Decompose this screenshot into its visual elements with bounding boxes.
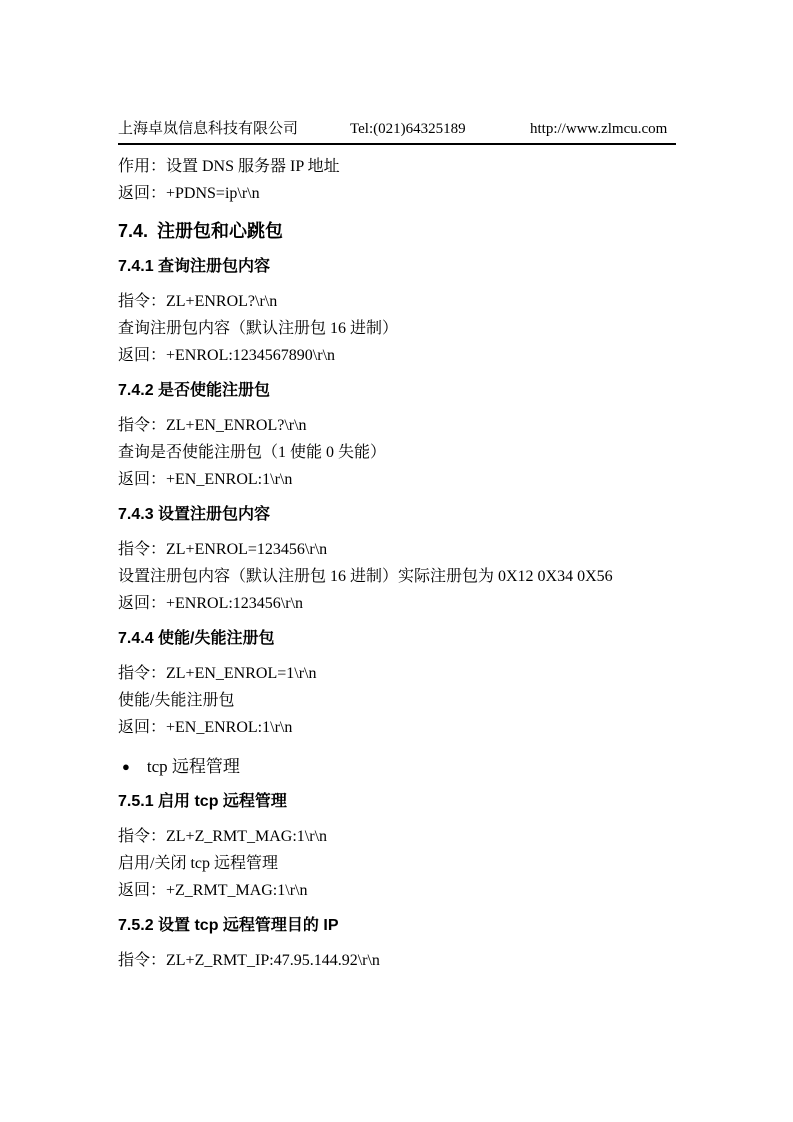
subsection-heading: 7.5.1 启用 tcp 远程管理	[118, 788, 676, 815]
return-line: 返回：+ENROL:1234567890\r\n	[118, 342, 676, 369]
description-line: 启用/关闭 tcp 远程管理	[118, 850, 676, 877]
command-block: 指令：ZL+Z_RMT_MAG:1\r\n 启用/关闭 tcp 远程管理 返回：…	[118, 823, 676, 904]
page-header: 上海卓岚信息科技有限公司 Tel:(021)64325189 http://ww…	[118, 119, 676, 145]
bullet-label: tcp 远程管理	[147, 757, 240, 776]
return-line: 返回：+ENROL:123456\r\n	[118, 590, 676, 617]
section-heading: 7.4.注册包和心跳包	[118, 217, 676, 245]
return-line: 返回：+Z_RMT_MAG:1\r\n	[118, 877, 676, 904]
subsection-heading: 7.5.2 设置 tcp 远程管理目的 IP	[118, 912, 676, 939]
description-line: 查询是否使能注册包（1 使能 0 失能）	[118, 439, 676, 466]
command-block: 指令：ZL+ENROL?\r\n 查询注册包内容（默认注册包 16 进制） 返回…	[118, 288, 676, 369]
command-block: 指令：ZL+Z_RMT_IP:47.95.144.92\r\n	[118, 947, 676, 974]
subsection-heading: 7.4.4 使能/失能注册包	[118, 625, 676, 652]
command-line: 指令：ZL+ENROL=123456\r\n	[118, 536, 676, 563]
return-line: 返回：+EN_ENROL:1\r\n	[118, 714, 676, 741]
command-line: 指令：ZL+Z_RMT_MAG:1\r\n	[118, 823, 676, 850]
command-line: 指令：ZL+Z_RMT_IP:47.95.144.92\r\n	[118, 947, 676, 974]
subsection-heading: 7.4.2 是否使能注册包	[118, 377, 676, 404]
command-block: 指令：ZL+ENROL=123456\r\n 设置注册包内容（默认注册包 16 …	[118, 536, 676, 617]
section-title: 注册包和心跳包	[157, 221, 283, 241]
website-url: http://www.zlmcu.com	[530, 119, 676, 139]
intro-paragraph: 作用：设置 DNS 服务器 IP 地址 返回：+PDNS=ip\r\n	[118, 153, 676, 207]
phone-number: Tel:(021)64325189	[350, 119, 530, 139]
command-line: 指令：ZL+ENROL?\r\n	[118, 288, 676, 315]
company-name: 上海卓岚信息科技有限公司	[118, 119, 350, 139]
return-line: 返回：+EN_ENROL:1\r\n	[118, 466, 676, 493]
bullet-icon: ●	[122, 759, 130, 774]
subsection-heading: 7.4.3 设置注册包内容	[118, 501, 676, 528]
subsection-heading: 7.4.1 查询注册包内容	[118, 253, 676, 280]
description-line: 查询注册包内容（默认注册包 16 进制）	[118, 315, 676, 342]
section-number: 7.4.	[118, 221, 148, 241]
command-line: 指令：ZL+EN_ENROL=1\r\n	[118, 660, 676, 687]
description-line: 设置注册包内容（默认注册包 16 进制）实际注册包为 0X12 0X34 0X5…	[118, 563, 676, 590]
description-line: 使能/失能注册包	[118, 687, 676, 714]
intro-line: 作用：设置 DNS 服务器 IP 地址	[118, 153, 676, 180]
command-line: 指令：ZL+EN_ENROL?\r\n	[118, 412, 676, 439]
intro-line: 返回：+PDNS=ip\r\n	[118, 180, 676, 207]
bullet-list-item: ●tcp 远程管理	[122, 753, 676, 780]
command-block: 指令：ZL+EN_ENROL=1\r\n 使能/失能注册包 返回：+EN_ENR…	[118, 660, 676, 741]
command-block: 指令：ZL+EN_ENROL?\r\n 查询是否使能注册包（1 使能 0 失能）…	[118, 412, 676, 493]
document-page: 上海卓岚信息科技有限公司 Tel:(021)64325189 http://ww…	[0, 0, 793, 1122]
